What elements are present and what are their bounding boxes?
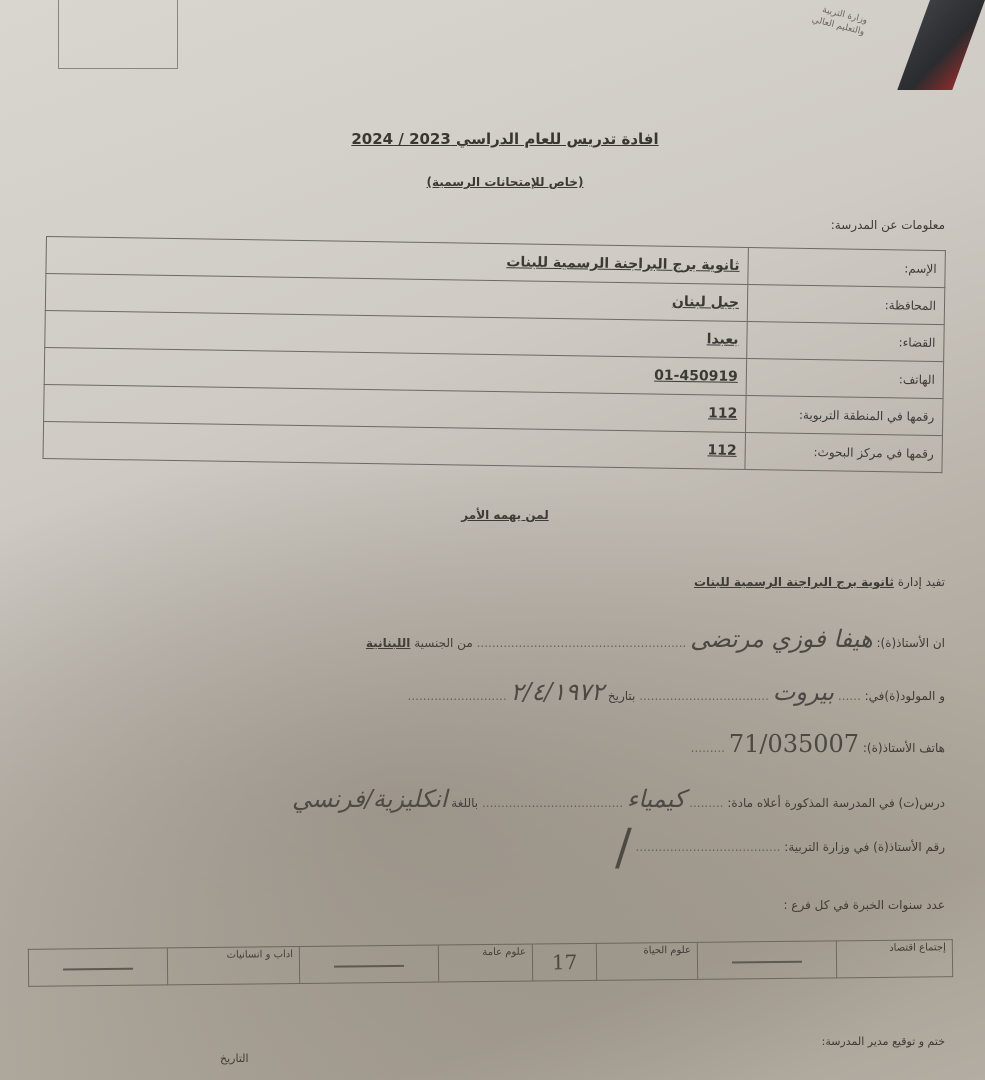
dotted-line: ..................................... xyxy=(482,796,623,810)
taught-label: درس(ت) في المدرسة المذكورة أعلاه مادة: xyxy=(727,796,945,810)
language-handwritten: انكليزية/فرنسي xyxy=(292,785,447,813)
teacher-label: ان الأستاذ(ة): xyxy=(876,636,945,650)
birth-date-handwritten: ٢/٤/١٩٧٢ xyxy=(511,678,605,706)
birth-place-handwritten: بيروت xyxy=(773,678,834,706)
dotted-line: ...................................... xyxy=(636,840,781,854)
intro-school: ثانوية برج البراجنة الرسمية للبنات xyxy=(694,575,894,589)
stamp-box xyxy=(58,0,178,69)
document-subtitle: (خاص للإمتحانات الرسمية) xyxy=(400,175,610,189)
branch-sociology-economics: إجتماع اقتصاد xyxy=(836,940,953,978)
phone-label: الهاتف: xyxy=(746,359,944,399)
ministry-logo: وزارة التربية والتعليم العالي xyxy=(775,0,868,39)
document-title: افادة تدريس للعام الدراسي 2023 / 2024 xyxy=(345,130,665,148)
branch-humanities: اداب و انسانيات xyxy=(167,947,300,985)
dotted-line: ......... xyxy=(691,741,725,755)
subject-line: درس(ت) في المدرسة المذكورة أعلاه مادة: .… xyxy=(292,785,945,813)
governorate-label: المحافظة: xyxy=(747,285,945,325)
dotted-line: ......... xyxy=(689,796,723,810)
table-row: اداب و انسانيات علوم عامة 17 علوم الحياة… xyxy=(28,940,952,987)
ministry-number-label: رقم الأستاذ(ة) في وزارة التربية: xyxy=(784,840,945,854)
empty-dash xyxy=(63,967,133,970)
born-label: و المولود(ة)في: xyxy=(865,689,945,703)
ministry-number-line: رقم الأستاذ(ة) في وزارة التربية: .......… xyxy=(636,840,945,854)
experience-label: عدد سنوات الخبرة في كل فرع : xyxy=(783,898,945,912)
experience-value-2 xyxy=(697,941,836,979)
empty-dash xyxy=(334,964,404,967)
research-center-number-label: رقمها في مركز البحوث: xyxy=(745,433,943,473)
dotted-line: ........................................… xyxy=(477,636,687,650)
intro-prefix: تفيد إدارة xyxy=(898,575,945,589)
pen-object xyxy=(897,0,985,90)
school-name-label: الإسم: xyxy=(748,248,946,288)
empty-dash xyxy=(732,960,802,963)
school-info-label: معلومات عن المدرسة: xyxy=(831,218,945,232)
intro-line: تفيد إدارة ثانوية برج البراجنة الرسمية ل… xyxy=(694,575,945,589)
date-label: بتاريخ xyxy=(608,689,636,703)
language-label: باللغة xyxy=(451,796,478,810)
dotted-line: .................................. xyxy=(639,689,769,703)
experience-value-general-science: 17 xyxy=(532,943,597,981)
school-info-table: ثانوية برج البراجنة الرسمية للبنات الإسم… xyxy=(42,236,945,473)
birth-line: و المولود(ة)في: ...... بيروت ...........… xyxy=(408,678,946,706)
dotted-line: ...... xyxy=(838,689,861,703)
nationality-label: من الجنسية xyxy=(414,636,473,650)
nationality-value: اللبنانية xyxy=(366,636,411,650)
experience-table: اداب و انسانيات علوم عامة 17 علوم الحياة… xyxy=(28,939,953,987)
teacher-phone-handwritten: 71/035007 xyxy=(729,730,859,758)
ministry-number-slash: / xyxy=(615,818,632,876)
branch-life-science: علوم الحياة xyxy=(597,942,698,980)
shadow-overlay xyxy=(0,470,985,1080)
principal-signature-label: ختم و توقيع مدير المدرسة: xyxy=(822,1035,945,1048)
to-whom-heading: لمن يهمه الأمر xyxy=(450,508,560,522)
subject-handwritten: كيمياء xyxy=(627,785,685,813)
experience-value-4 xyxy=(28,948,167,986)
teacher-phone-line: هاتف الأستاذ(ة): 71/035007 ......... xyxy=(691,730,945,758)
branch-general-science: علوم عامة xyxy=(438,944,533,982)
teacher-name-handwritten: هيفا فوزي مرتضى xyxy=(690,625,872,653)
region-number-label: رقمها في المنطقة التربوية: xyxy=(745,396,943,436)
district-label: القضاء: xyxy=(747,322,945,362)
teacher-line: ان الأستاذ(ة): هيفا فوزي مرتضى .........… xyxy=(366,625,945,653)
dotted-line: .......................... xyxy=(408,689,507,703)
footer-date-label: التاريخ xyxy=(220,1052,249,1065)
experience-value-3 xyxy=(299,945,438,983)
teacher-phone-label: هاتف الأستاذ(ة): xyxy=(863,741,945,755)
